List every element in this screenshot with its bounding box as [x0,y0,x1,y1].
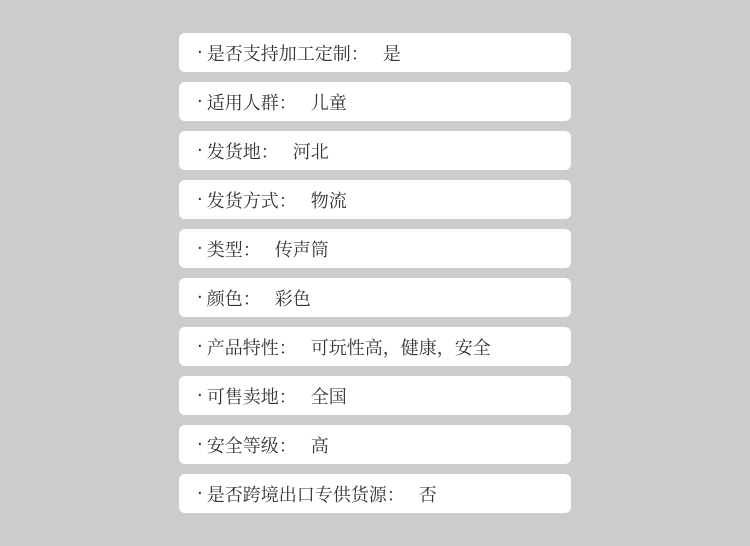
attribute-value: 河北 [293,138,329,164]
colon: ： [243,285,261,311]
attribute-label: 适用人群 [207,89,279,115]
bullet: · [197,42,203,63]
bullet: · [197,483,203,504]
attribute-row: · 安全等级 ： 高 [179,425,571,464]
attribute-row: · 类型 ： 传声筒 [179,229,571,268]
attribute-label: 发货地 [207,138,261,164]
bullet: · [197,238,203,259]
attribute-row: · 是否支持加工定制 ： 是 [179,33,571,72]
attribute-value: 彩色 [275,285,311,311]
bullet: · [197,434,203,455]
colon: ： [261,138,279,164]
attribute-row: · 产品特性 ： 可玩性高，健康，安全 [179,327,571,366]
attribute-row: · 可售卖地 ： 全国 [179,376,571,415]
colon: ： [351,40,369,66]
attribute-label: 是否支持加工定制 [207,40,351,66]
attribute-row: · 发货方式 ： 物流 [179,180,571,219]
colon: ： [279,89,297,115]
product-attribute-list: · 是否支持加工定制 ： 是 · 适用人群 ： 儿童 · 发货地 ： 河北 · … [179,33,571,523]
attribute-label: 类型 [207,236,243,262]
colon: ： [279,187,297,213]
attribute-value: 否 [419,481,437,507]
attribute-value: 可玩性高，健康，安全 [311,334,491,360]
attribute-value: 儿童 [311,89,347,115]
attribute-row: · 颜色 ： 彩色 [179,278,571,317]
attribute-value: 高 [311,432,329,458]
bullet: · [197,336,203,357]
bullet: · [197,189,203,210]
attribute-label: 是否跨境出口专供货源 [207,481,387,507]
bullet: · [197,287,203,308]
bullet: · [197,91,203,112]
attribute-value: 物流 [311,187,347,213]
attribute-value: 是 [383,40,401,66]
colon: ： [243,236,261,262]
attribute-label: 安全等级 [207,432,279,458]
colon: ： [387,481,405,507]
bullet: · [197,385,203,406]
colon: ： [279,383,297,409]
bullet: · [197,140,203,161]
attribute-value: 全国 [311,383,347,409]
attribute-row: · 适用人群 ： 儿童 [179,82,571,121]
attribute-label: 可售卖地 [207,383,279,409]
colon: ： [279,432,297,458]
colon: ： [279,334,297,360]
attribute-label: 产品特性 [207,334,279,360]
attribute-label: 发货方式 [207,187,279,213]
attribute-row: · 是否跨境出口专供货源 ： 否 [179,474,571,513]
attribute-row: · 发货地 ： 河北 [179,131,571,170]
attribute-label: 颜色 [207,285,243,311]
attribute-value: 传声筒 [275,236,329,262]
